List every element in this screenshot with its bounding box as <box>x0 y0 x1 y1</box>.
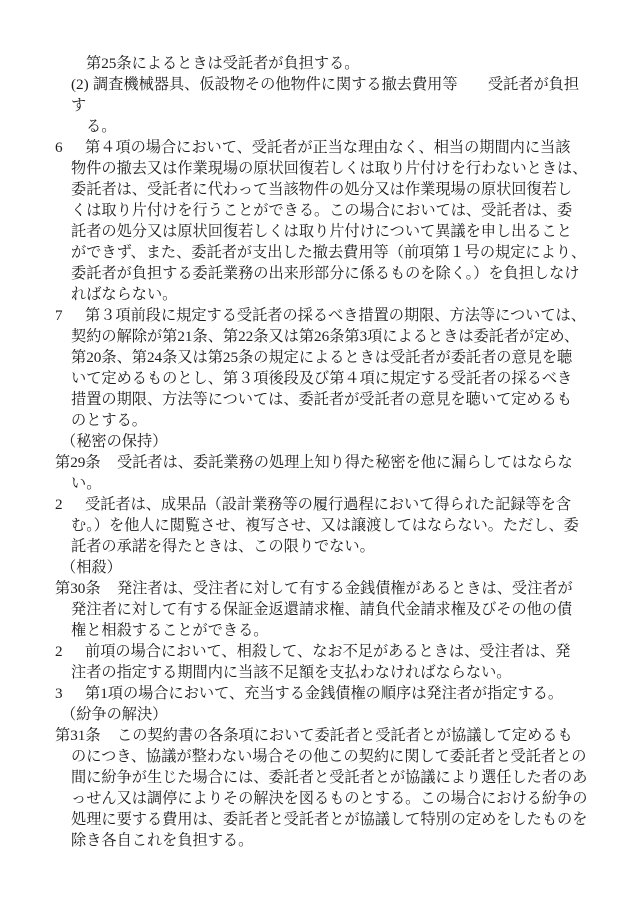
section-heading: （秘密の保持） <box>55 431 600 452</box>
line-text: 物件の撤去又は作業現場の原状回復若しくは取り片付けを行わないときは、 <box>71 160 587 177</box>
item-number: 第30条 <box>55 578 117 599</box>
item-number: 3 <box>55 683 85 704</box>
line-text: 第３項前段に規定する受託者の採るべき措置の期限、方法等については、 <box>85 307 586 324</box>
section-heading: （相殺） <box>55 557 600 578</box>
line-text: 第４項の場合において、受託者が正当な理由なく、相当の期間内に当該 <box>85 139 570 156</box>
line-text: ができず、また、委託者が支出した撤去費用等（前項第１号の規定により、 <box>71 244 586 261</box>
line-text: む。）を他人に閲覧させ、複写させ、又は譲渡してはならない。ただし、委 <box>71 517 579 534</box>
line-text: （秘密の保持） <box>61 433 167 450</box>
text-line: 第25条によるときは受託者が負担する。 <box>55 53 600 74</box>
text-line: 託者の処分又は原状回復若しくは取り片付けについて異議を申し出ること <box>55 221 600 242</box>
text-line: 委託者が負担する委託業務の出来形部分に係るものを除く。）を負担しなけ <box>55 263 600 284</box>
line-text: っせん又は調停によりその解決を図るものとする。この場合における紛争の <box>71 790 587 807</box>
line-text: 調査機械器具、仮設物その他物件に関する撤去費用等 受託者が負担 <box>93 76 579 93</box>
text-line: のにつき、協議が整わない場合その他この契約に関して委託者と受託者との <box>55 746 600 767</box>
line-text: 託者の処分又は原状回復若しくは取り片付けについて異議を申し出ること <box>71 223 572 240</box>
item-number: 第31条 <box>55 725 117 746</box>
text-line: 除き各自これを負担する。 <box>55 830 600 851</box>
text-line: 2受託者は、成果品（設計業務等の履行過程において得られた記録等を含 <box>55 494 600 515</box>
text-line: くは取り片付けを行うことができる。この場合においては、受託者は、委 <box>55 200 600 221</box>
text-line: 権と相殺することができる。 <box>55 620 600 641</box>
line-text: 第1項の場合において、充当する金銭債権の順序は発注者が指定する。 <box>85 685 563 702</box>
text-line: す <box>55 95 600 116</box>
line-text: 委託者は、受託者に代わって当該物件の処分又は作業現場の原状回復若し <box>71 181 572 198</box>
item-number: 2 <box>55 494 85 515</box>
line-text: い。 <box>71 475 101 492</box>
item-number: 7 <box>55 305 85 326</box>
text-line: いて定めるものとし、第３項後段及び第４項に規定する受託者の採るべき <box>55 368 600 389</box>
line-text: 除き各自これを負担する。 <box>71 832 253 849</box>
line-text: 委託者が負担する委託業務の出来形部分に係るものを除く。）を負担しなけ <box>71 265 579 282</box>
text-line: む。）を他人に閲覧させ、複写させ、又は譲渡してはならない。ただし、委 <box>55 515 600 536</box>
text-line: 委託者は、受託者に代わって当該物件の処分又は作業現場の原状回復若し <box>55 179 600 200</box>
line-text: くは取り片付けを行うことができる。この場合においては、受託者は、委 <box>71 202 572 219</box>
text-line: 2前項の場合において、相殺して、なお不足があるときは、受注者は、発 <box>55 641 600 662</box>
line-text: （相殺） <box>61 559 122 576</box>
line-text: いて定めるものとし、第３項後段及び第４項に規定する受託者の採るべき <box>71 370 572 387</box>
text-line: る。 <box>55 116 600 137</box>
line-text: のにつき、協議が整わない場合その他この契約に関して委託者と受託者との <box>71 748 586 765</box>
text-line: ればならない。 <box>55 284 600 305</box>
text-line: 7第３項前段に規定する受託者の採るべき措置の期限、方法等については、 <box>55 305 600 326</box>
line-text: 受託者は、委託業務の処理上知り得た秘密を他に漏らしてはならな <box>117 454 573 471</box>
text-line: 託者の承諾を得たときは、この限りでない。 <box>55 536 600 557</box>
line-text: 受託者は、成果品（設計業務等の履行過程において得られた記録等を含 <box>85 496 571 513</box>
line-text: る。 <box>86 118 116 135</box>
line-text: のとする。 <box>71 412 147 429</box>
text-line: 第20条、第24条又は第25条の規定によるときは受託者が委託者の意見を聴 <box>55 347 600 368</box>
line-text: 第20条、第24条又は第25条の規定によるときは受託者が委託者の意見を聴 <box>71 349 572 366</box>
line-text: す <box>71 97 86 114</box>
text-line: 契約の解除が第21条、第22条又は第26条第3項によるときは委託者が定め、 <box>55 326 600 347</box>
text-line: 間に紛争が生じた場合には、委託者と受託者とが協議により選任した者のあ <box>55 767 600 788</box>
line-text: 契約の解除が第21条、第22条又は第26条第3項によるときは委託者が定め、 <box>71 328 579 345</box>
line-text: 権と相殺することができる。 <box>71 622 268 639</box>
text-line: ができず、また、委託者が支出した撤去費用等（前項第１号の規定により、 <box>55 242 600 263</box>
item-number: 第29条 <box>55 452 117 473</box>
line-text: 前項の場合において、相殺して、なお不足があるときは、受注者は、発 <box>85 643 570 660</box>
line-text: 措置の期限、方法等については、委託者が受託者の意見を聴いて定めるも <box>71 391 572 408</box>
line-text: 間に紛争が生じた場合には、委託者と受託者とが協議により選任した者のあ <box>71 769 587 786</box>
text-line: 注者の指定する期間内に当該不足額を支払わなければならない。 <box>55 662 600 683</box>
line-text: 処理に要する費用は、委託者と受託者とが協議して特別の定めをしたものを <box>71 811 587 828</box>
text-line: 第29条受託者は、委託業務の処理上知り得た秘密を他に漏らしてはならな <box>55 452 600 473</box>
text-line: 発注者に対して有する保証金返還請求権、請負代金請求権及びその他の債 <box>55 599 600 620</box>
item-number: 6 <box>55 137 85 158</box>
section-heading: （紛争の解決） <box>55 704 600 725</box>
line-text: 第25条によるときは受託者が負担する。 <box>86 55 359 72</box>
line-text: （紛争の解決） <box>61 706 167 723</box>
item-number: (2) <box>71 74 93 95</box>
document-lines: 第25条によるときは受託者が負担する。(2)調査機械器具、仮設物その他物件に関す… <box>55 53 600 851</box>
text-line: い。 <box>55 473 600 494</box>
text-line: 6第４項の場合において、受託者が正当な理由なく、相当の期間内に当該 <box>55 137 600 158</box>
line-text: この契約書の各条項において委託者と受託者とが協議して定めるも <box>117 727 573 744</box>
text-line: 3第1項の場合において、充当する金銭債権の順序は発注者が指定する。 <box>55 683 600 704</box>
line-text: 発注者に対して有する保証金返還請求権、請負代金請求権及びその他の債 <box>71 601 572 618</box>
line-text: ればならない。 <box>71 286 177 303</box>
line-text: 託者の承諾を得たときは、この限りでない。 <box>71 538 375 555</box>
text-line: 第31条この契約書の各条項において委託者と受託者とが協議して定めるも <box>55 725 600 746</box>
contract-page: 第25条によるときは受託者が負担する。(2)調査機械器具、仮設物その他物件に関す… <box>0 0 630 903</box>
text-line: のとする。 <box>55 410 600 431</box>
text-line: 措置の期限、方法等については、委託者が受託者の意見を聴いて定めるも <box>55 389 600 410</box>
text-line: 処理に要する費用は、委託者と受託者とが協議して特別の定めをしたものを <box>55 809 600 830</box>
item-number: 2 <box>55 641 85 662</box>
line-text: 発注者は、受注者に対して有する金銭債権があるときは、受注者が <box>117 580 573 597</box>
line-text: 注者の指定する期間内に当該不足額を支払わなければならない。 <box>71 664 511 681</box>
text-line: (2)調査機械器具、仮設物その他物件に関する撤去費用等 受託者が負担 <box>55 74 600 95</box>
text-line: 物件の撤去又は作業現場の原状回復若しくは取り片付けを行わないときは、 <box>55 158 600 179</box>
text-line: 第30条発注者は、受注者に対して有する金銭債権があるときは、受注者が <box>55 578 600 599</box>
text-line: っせん又は調停によりその解決を図るものとする。この場合における紛争の <box>55 788 600 809</box>
